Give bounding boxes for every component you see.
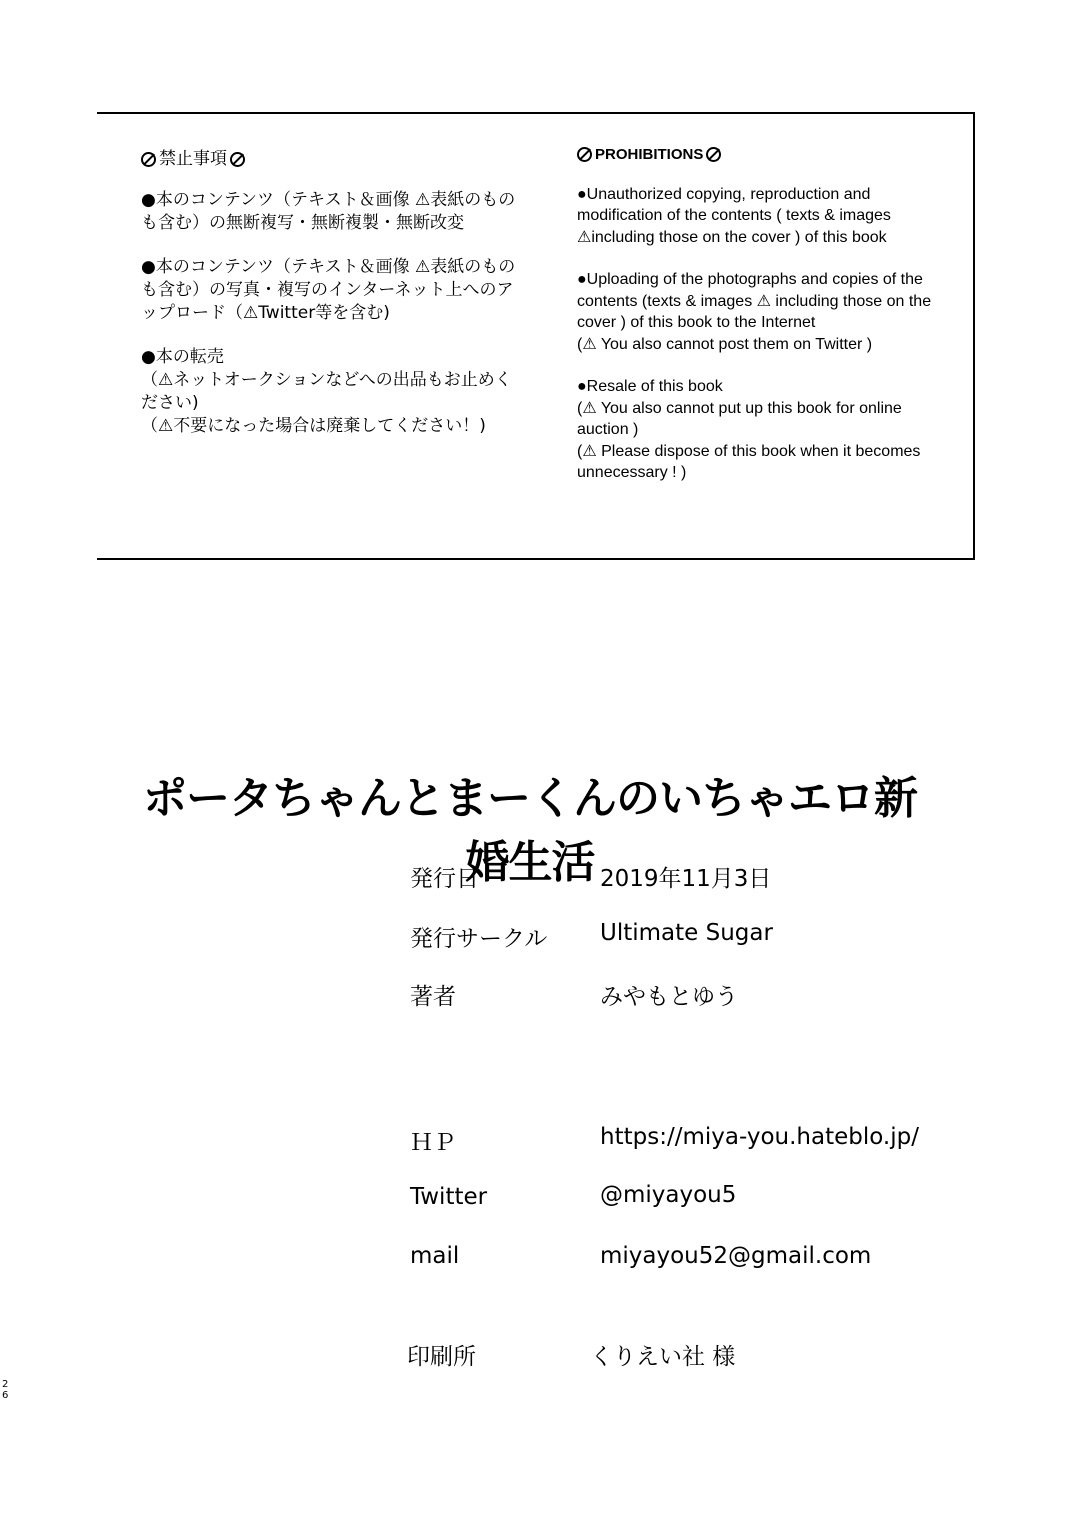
twitter-label: Twitter bbox=[410, 1184, 487, 1210]
hp-link[interactable]: https://miya-you.hateblo.jp/ bbox=[600, 1124, 919, 1150]
heading-text: PROHIBITIONS bbox=[595, 144, 703, 166]
prohibited-icon bbox=[230, 152, 245, 167]
prohibitions-heading-en: PROHIBITIONS bbox=[577, 144, 942, 166]
prohibition-item: ●Resale of this book (⚠ You also cannot … bbox=[577, 376, 942, 484]
hp-label: ＨＰ bbox=[410, 1124, 456, 1157]
prohibited-icon bbox=[706, 147, 721, 162]
heading-text: 禁止事項 bbox=[159, 148, 227, 171]
prohibition-item: ●本の転売 （⚠ネットオークションなどへの出品もお止めください) （⚠不要になっ… bbox=[141, 346, 521, 438]
publish-date-label: 発行日 bbox=[410, 860, 479, 893]
book-title: ポータちゃんとまーくんのいちゃエロ新婚生活 bbox=[140, 762, 920, 890]
prohibition-item: ●本のコンテンツ（テキスト＆画像 ⚠表紙のものも含む）の写真・複写のインターネッ… bbox=[141, 256, 521, 325]
prohibited-icon bbox=[141, 152, 156, 167]
printer-label: 印刷所 bbox=[407, 1338, 476, 1371]
author-name: みやもとゆう bbox=[600, 978, 738, 1011]
author-label: 著者 bbox=[410, 978, 456, 1011]
prohibitions-box: 禁止事項 ●本のコンテンツ（テキスト＆画像 ⚠表紙のものも含む）の無断複写・無断… bbox=[97, 112, 975, 560]
circle-label: 発行サークル bbox=[410, 920, 547, 953]
mail-address[interactable]: miyayou52@gmail.com bbox=[600, 1243, 871, 1269]
prohibitions-english: PROHIBITIONS ●Unauthorized copying, repr… bbox=[577, 144, 942, 505]
prohibitions-heading-jp: 禁止事項 bbox=[141, 148, 521, 171]
page-number: 26 bbox=[2, 1379, 10, 1401]
prohibited-icon bbox=[577, 147, 592, 162]
printer-name: くりえい社 様 bbox=[590, 1338, 735, 1371]
twitter-handle[interactable]: @miyayou5 bbox=[600, 1182, 736, 1208]
prohibitions-japanese: 禁止事項 ●本のコンテンツ（テキスト＆画像 ⚠表紙のものも含む）の無断複写・無断… bbox=[141, 148, 521, 459]
prohibition-item: ●Uploading of the photographs and copies… bbox=[577, 269, 942, 355]
circle-name: Ultimate Sugar bbox=[600, 920, 773, 946]
mail-label: mail bbox=[410, 1243, 459, 1269]
prohibition-item: ●本のコンテンツ（テキスト＆画像 ⚠表紙のものも含む）の無断複写・無断複製・無断… bbox=[141, 189, 521, 235]
prohibition-item: ●Unauthorized copying, reproduction and … bbox=[577, 184, 942, 249]
publish-date: 2019年11月3日 bbox=[600, 860, 771, 893]
